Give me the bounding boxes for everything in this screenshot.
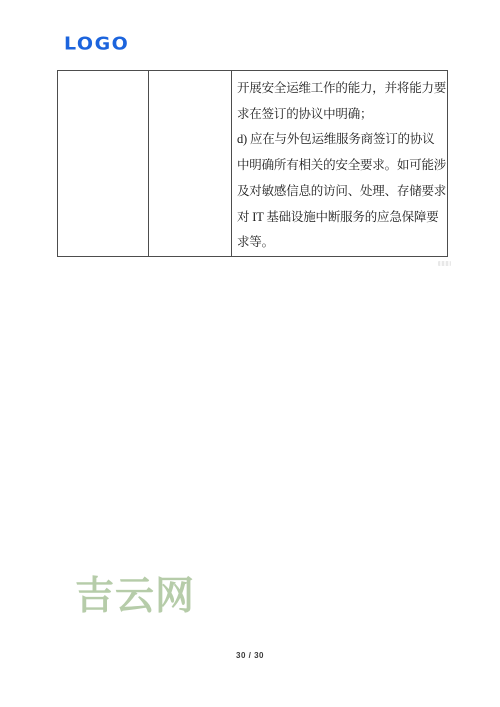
document-page: LOGO 开展安全运维工作的能力，并将能力要 求在签订的协议中明确； d) 应在…: [0, 0, 500, 707]
text-line: 开展安全运维工作的能力，并将能力要: [237, 76, 447, 102]
content-table: 开展安全运维工作的能力，并将能力要 求在签订的协议中明确； d) 应在与外包运维…: [57, 70, 448, 257]
text-line: d) 应在与外包运维服务商签订的协议: [237, 127, 447, 153]
text-line: 中明确所有相关的安全要求。如可能涉: [237, 153, 447, 179]
table-row: 开展安全运维工作的能力，并将能力要 求在签订的协议中明确； d) 应在与外包运维…: [58, 71, 448, 257]
text-line: 及对敏感信息的访问、处理、存储要求，: [237, 179, 447, 205]
logo-text: LOGO: [64, 34, 129, 54]
text-line: 求在签订的协议中明确；: [237, 102, 447, 128]
text-line: 对 IT 基础设施中断服务的应急保障要: [237, 205, 447, 231]
watermark-text: 吉云网: [75, 577, 195, 616]
table-cell-empty-2: [149, 71, 232, 257]
text-line: 求等。: [237, 230, 447, 256]
cell-3-text: 开展安全运维工作的能力，并将能力要 求在签订的协议中明确； d) 应在与外包运维…: [232, 71, 447, 256]
cell-1-text: [58, 71, 148, 76]
faint-corner-mark: [438, 261, 451, 266]
table-cell-content: 开展安全运维工作的能力，并将能力要 求在签订的协议中明确； d) 应在与外包运维…: [232, 71, 448, 257]
cell-2-text: [149, 71, 231, 76]
page-number: 30 / 30: [0, 651, 500, 660]
table-cell-empty-1: [58, 71, 149, 257]
